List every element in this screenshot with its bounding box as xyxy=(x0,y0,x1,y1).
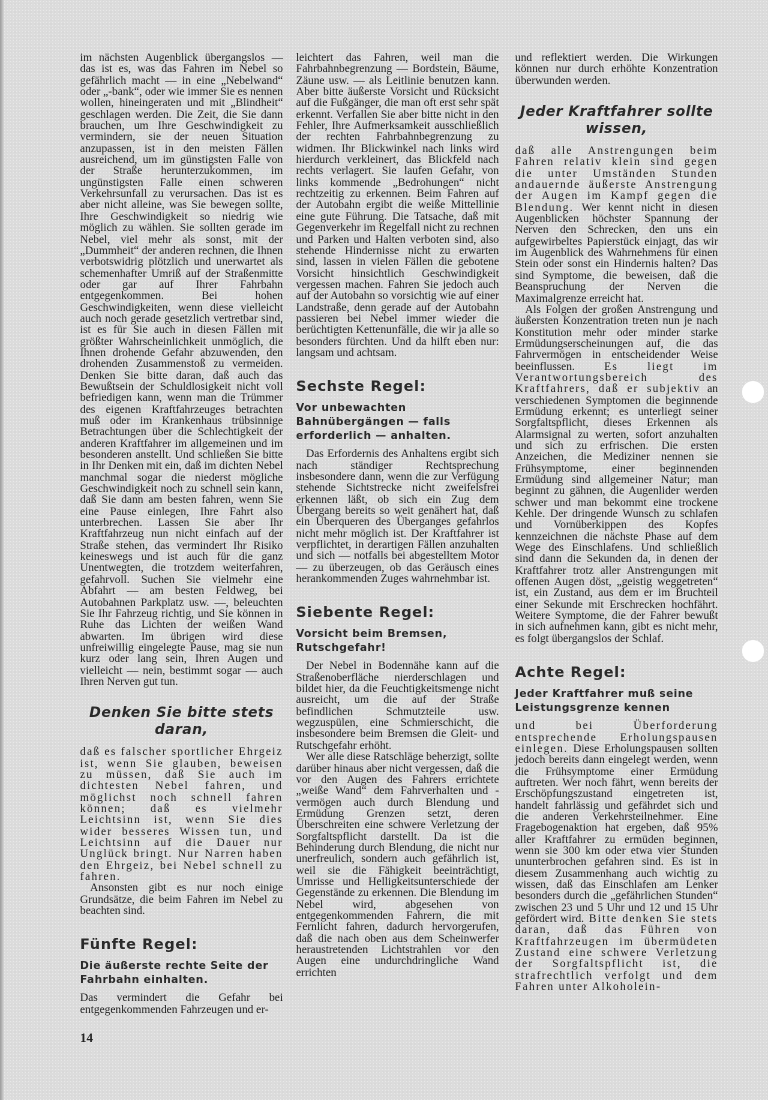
body-paragraph: Das vermindert die Gefahr bei entgegenko… xyxy=(80,993,283,1016)
rule-6-title: Sechste Regel: xyxy=(296,379,499,395)
page-number: 14 xyxy=(80,1030,93,1046)
body-paragraph: und bei Überforderung entsprechende Erho… xyxy=(515,721,718,993)
rule-5-subtitle: Die äußerste rechte Seite der Fahrbahn e… xyxy=(80,959,283,987)
punch-hole xyxy=(742,640,764,662)
body-paragraph: im nächsten Augenblick übergangslos — da… xyxy=(80,53,283,688)
rule-8-title: Achte Regel: xyxy=(515,665,718,681)
scanned-page: im nächsten Augenblick übergangslos — da… xyxy=(0,0,768,1100)
rule-7-title: Siebente Regel: xyxy=(296,605,499,621)
body-paragraph: Ansonsten gibt es nur noch einige Grunds… xyxy=(80,883,283,917)
spaced-text: Bitte denken Sie stets daran, daß das Fü… xyxy=(515,913,718,993)
body-paragraph: und reflektiert werden. Die Wirkungen kö… xyxy=(515,53,718,87)
text-column-left: im nächsten Augenblick übergangslos — da… xyxy=(80,53,283,1016)
body-paragraph: Als Folgen der großen Anstrengung und äu… xyxy=(515,305,718,645)
body-paragraph-spaced: daß es falscher sportlicher Ehrgeiz ist,… xyxy=(80,747,283,883)
page-edge-shadow xyxy=(0,0,4,1100)
body-paragraph: Der Nebel in Bodennähe kann auf die Stra… xyxy=(296,661,499,752)
rule-5-title: Fünfte Regel: xyxy=(80,937,283,953)
rule-8-subtitle: Jeder Kraftfahrer muß seine Leistungsgre… xyxy=(515,687,718,715)
body-paragraph: leichtert das Fahren, weil man die Fahrb… xyxy=(296,53,499,359)
section-heading-jeder: Jeder Kraftfahrer sollte wissen, xyxy=(515,104,718,138)
section-heading-denken: Denken Sie bitte stets daran, xyxy=(80,705,283,739)
rule-7-subtitle: Vorsicht beim Bremsen, Rutschgefahr! xyxy=(296,627,499,655)
body-paragraph: Wer alle diese Ratschläge beherzigt, sol… xyxy=(296,752,499,979)
body-text: Wer kennt nicht in diesen Augenblicken h… xyxy=(515,202,718,305)
text-column-middle: leichtert das Fahren, weil man die Fahrb… xyxy=(296,53,499,979)
body-paragraph: daß alle Anstrengungen beim Fahren relat… xyxy=(515,146,718,305)
rule-6-subtitle: Vor unbewachten Bahnübergängen — falls e… xyxy=(296,401,499,443)
body-text: Die ersten Anzeichen, die Mediziner nenn… xyxy=(515,440,718,645)
body-paragraph: Das Erfordernis des Anhaltens ergibt sic… xyxy=(296,449,499,585)
body-text: Diese Erholungspausen sollten jedoch ber… xyxy=(515,743,718,925)
punch-hole xyxy=(742,381,764,403)
text-column-right: und reflektiert werden. Die Wirkungen kö… xyxy=(515,53,718,993)
